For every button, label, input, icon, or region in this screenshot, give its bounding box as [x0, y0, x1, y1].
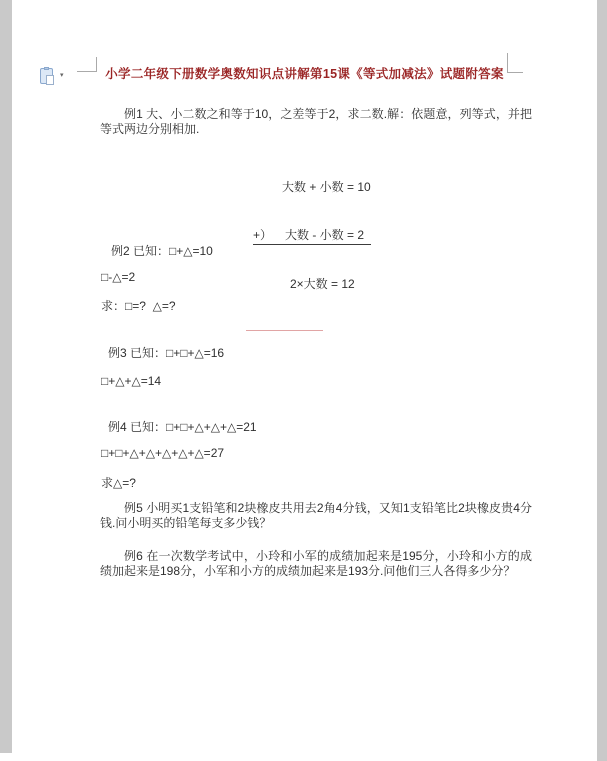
document-page: ▾ 小学二年级下册数学奥数知识点讲解第15课《等式加减法》试题附答案 例1 大、… [0, 0, 607, 761]
example4-line3: 求△=? [101, 474, 136, 491]
example6-paragraph: 例6 在一次数学考试中，小玲和小军的成绩加起来是195分，小玲和小方的成绩加起来… [100, 549, 532, 578]
example3-line1: 例3 已知：□+□+△=16 [108, 344, 224, 361]
equation-line-2: +）大数 - 小数 = 2 [253, 225, 371, 245]
equation-block: 大数 + 小数 = 10 +）大数 - 小数 = 2 2×大数 = 12 [253, 149, 371, 321]
red-underline-artifact [246, 330, 323, 331]
example5-paragraph: 例5 小明买1支铅笔和2块橡皮共用去2角4分钱，又知1支铅笔比2块橡皮贵4分钱.… [100, 501, 532, 530]
page-title: 小学二年级下册数学奥数知识点讲解第15课《等式加减法》试题附答案 [12, 64, 597, 82]
example4-line1: 例4 已知：□+□+△+△+△=21 [108, 418, 257, 435]
workspace-left-margin [0, 0, 12, 753]
example1-paragraph: 例1 大、小二数之和等于10，之差等于2，求二数.解：依题意，列等式，并把等式两… [100, 107, 532, 136]
example2-line3: 求：□=? △=? [101, 297, 176, 314]
example3-line2: □+△+△=14 [101, 374, 161, 388]
workspace-right-margin [597, 0, 607, 761]
example2-line1: 例2 已知：□+△=10 [111, 242, 213, 259]
equation-line-2-text: 大数 - 小数 = 2 [285, 225, 364, 244]
equation-line-1: 大数 + 小数 = 10 [253, 177, 371, 197]
example4-line2: □+□+△+△+△+△+△=27 [101, 446, 224, 460]
plus-operator: +） [253, 225, 285, 244]
example2-line2: □-△=2 [101, 270, 135, 284]
equation-result: 2×大数 = 12 [253, 273, 371, 293]
